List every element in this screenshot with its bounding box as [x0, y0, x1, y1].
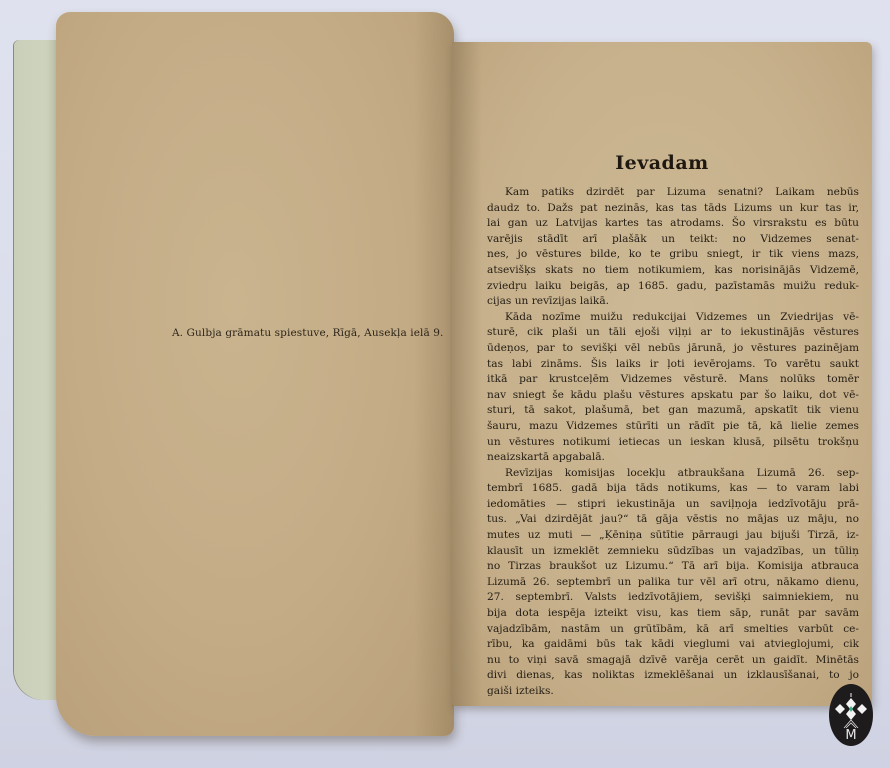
text-line: zviedŗu laiku beigās, ap 1685. gadu, paz… [487, 279, 859, 295]
text-line: tembrī 1685. gadā bija tāds notikums, ka… [487, 481, 859, 497]
text-line: no Tirzas braukšot uz Lizumu.“ Tā arī bi… [487, 559, 859, 575]
text-line: ūdeņos, par to sevišķi vēl nebūs jārunā,… [487, 341, 859, 357]
left-page [56, 12, 454, 736]
text-line: rību, ka gaidāmi būs tak kādi vieglumi v… [487, 637, 859, 653]
paragraph: Kam patiks dzirdēt par Lizuma senatni? L… [487, 185, 859, 310]
text-line: 27. septembrī. Valsts iedzīvotājiem, sev… [487, 590, 859, 606]
text-line: lai gan uz Latvijas kartes tas atrodams.… [487, 216, 859, 232]
text-line: gaiši izteiks. [487, 684, 859, 700]
text-line: nav sniegt še kādu plašu vēstures apskat… [487, 388, 859, 404]
text-line: Kam patiks dzirdēt par Lizuma senatni? L… [487, 185, 859, 201]
text-line: divi dienas, kas noliktas izmeklēšanai u… [487, 668, 859, 684]
text-line: Kāda nozīme muižu redukcijai Vidzemes un… [487, 310, 859, 326]
text-line: šauru, mazu Vidzemes stūrīti un rādīt pi… [487, 419, 859, 435]
text-line: klausīt un izmeklēt zemnieku sūdzības un… [487, 544, 859, 560]
text-line: cijas un revīzijas laikā. [487, 294, 859, 310]
watermark-logo: M [829, 684, 873, 746]
text-line: daudz to. Dažs pat nezinās, kas tas tāds… [487, 201, 859, 217]
text-line: vajadzībām, nastām un grūtībām, kā arī s… [487, 622, 859, 638]
text-line: Lizumā 26. septembrī un palika tur vēl a… [487, 575, 859, 591]
text-line: mutes uz muti — „Ķēniņa sūtītie pārraugi… [487, 528, 859, 544]
page-title: Ievadam [452, 152, 872, 174]
text-line: Revīzijas komisijas locekļu atbraukšana … [487, 466, 859, 482]
text-line: nu to viņi savā smagajā dzīvē varēja cer… [487, 653, 859, 669]
text-line: sturē, cik plaši un tāli ejoši viļņi ar … [487, 325, 859, 341]
text-line: bija dota iespēja izteikt visu, kas tiem… [487, 606, 859, 622]
text-line: nes, jo vēstures bilde, ko te gribu snie… [487, 247, 859, 263]
text-line: atsevišķs skats no tiem notikumiem, kas … [487, 263, 859, 279]
paragraph: Kāda nozīme muižu redukcijai Vidzemes un… [487, 310, 859, 466]
text-line: tus. „Vai dzirdējāt jau?“ tā gāja vēstis… [487, 512, 859, 528]
text-line: sturi, tā sakot, plašumā, bet gan mazumā… [487, 403, 859, 419]
text-line: itkā par krustceļēm Vidzemes vēsturē. Ma… [487, 372, 859, 388]
printer-imprint: A. Gulbja grāmatu spiestuve, Rīgā, Ausek… [172, 327, 432, 339]
text-line: varējis stādīt arī plašāk un teikt: no V… [487, 232, 859, 248]
text-line: iedomāties — stipri iekustināja un saviļ… [487, 497, 859, 513]
text-line: neaizskartā apgabalā. [487, 450, 859, 466]
text-line: un vēstures notikumi ietiecas un ieskan … [487, 435, 859, 451]
body-text: Kam patiks dzirdēt par Lizuma senatni? L… [487, 185, 859, 700]
paragraph: Revīzijas komisijas locekļu atbraukšana … [487, 466, 859, 700]
ornament-logo-icon: M [829, 684, 873, 746]
text-line: tas labi zināms. Šis laiks ir ļoti ievēr… [487, 357, 859, 373]
svg-text:M: M [845, 728, 856, 743]
